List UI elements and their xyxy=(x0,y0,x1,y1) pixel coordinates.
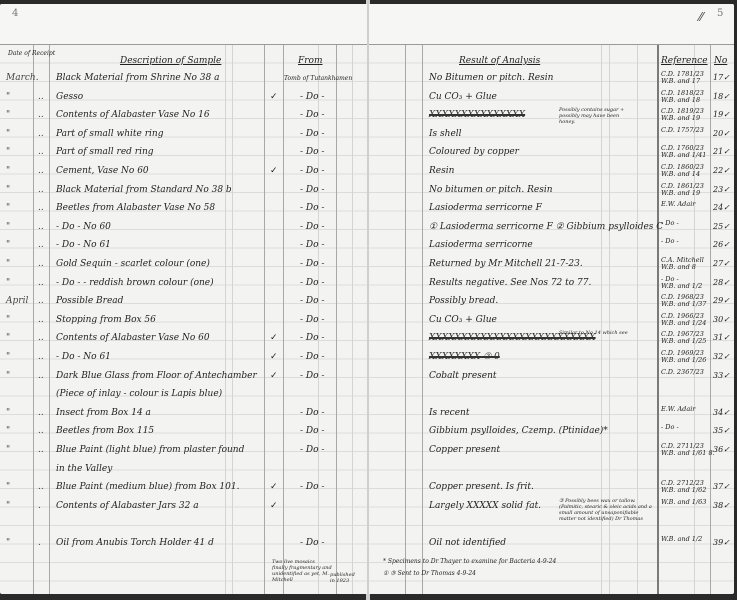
ledger-row: "..Beetles from Alabaster Vase No 58- Do… xyxy=(0,200,367,218)
ledger-row: No bitumen or pitch. ResinC.D. 1861/23W.… xyxy=(369,182,734,200)
result-cell: Is shell xyxy=(429,129,462,139)
description-cell: Contents of Alabaster Vase No 60 xyxy=(56,333,210,343)
header-from: From xyxy=(298,56,323,66)
check-icon: ✓ xyxy=(270,166,278,176)
day-cell: .. xyxy=(38,315,44,325)
date-cell: " xyxy=(6,482,10,492)
result-cell: XXXXXXXX ② 0 xyxy=(429,352,500,362)
from-cell: - Do - xyxy=(300,259,324,269)
description-cell: Cement, Vase No 60 xyxy=(56,166,149,176)
ledger-row: ".Contents of Alabaster Jars 32 a✓ xyxy=(0,498,367,516)
date-cell: " xyxy=(6,240,10,250)
ledger-row: in the Valley xyxy=(0,461,367,479)
day-cell: .. xyxy=(38,185,44,195)
result-cell: Results negative. See Nos 72 to 77. xyxy=(429,278,591,288)
from-cell: - Do - xyxy=(300,166,324,176)
ledger-row: XXXXXXXXXXXXXXXPossibly contains sugar +… xyxy=(369,107,734,125)
header-result: Result of Analysis xyxy=(459,56,540,66)
from-cell: - Do - xyxy=(300,203,324,213)
description-cell: - Do - No 61 xyxy=(56,240,111,250)
description-cell: - Do - No 61 xyxy=(56,352,111,362)
number-cell: 28✓ xyxy=(713,278,730,287)
number-cell: 24✓ xyxy=(713,203,730,212)
ledger-row: (Piece of inlay - colour is Lapis blue) xyxy=(0,386,367,404)
result-cell: Is recent xyxy=(429,408,469,418)
description-cell: Stopping from Box 56 xyxy=(56,315,156,325)
ledger-row: ResinC.D. 1860/23W.B. and 1422✓ xyxy=(369,163,734,181)
description-cell: Dark Blue Glass from Floor of Antechambe… xyxy=(56,371,257,381)
from-cell: - Do - xyxy=(300,185,324,195)
ledger-row: Oil not identifiedW.B. and 1/239✓ xyxy=(369,535,734,553)
number-cell: 18✓ xyxy=(713,92,730,101)
result-cell: Largely XXXXX solid fat. xyxy=(429,501,541,511)
ledger-row: "..Cement, Vase No 60✓- Do - xyxy=(0,163,367,181)
result-cell: No Bitumen or pitch. Resin xyxy=(429,73,553,83)
date-cell: " xyxy=(6,129,10,139)
ledger-row: Cu CO₃ + GlueC.D. 1818/23W.B. and 1818✓ xyxy=(369,89,734,107)
ledger-row xyxy=(369,386,734,404)
result-cell: ① Lasioderma serricorne F ② Gibbium psyl… xyxy=(429,222,663,232)
description-cell: - Do - - reddish brown colour (one) xyxy=(56,278,214,288)
reference-cell: C.D. 1781/23W.B. and 17 xyxy=(661,71,704,85)
reference-cell: C.D. 2367/23 xyxy=(661,369,704,376)
check-icon: ✓ xyxy=(270,352,278,362)
day-cell: .. xyxy=(38,426,44,436)
number-cell: 27✓ xyxy=(713,259,730,268)
date-cell: March. xyxy=(6,73,39,83)
ledger-row: Gibbium psylloides, Czemp. (Ptinidae)*- … xyxy=(369,423,734,441)
result-cell: Possibly bread. xyxy=(429,296,498,306)
reference-cell: E.W. Adair xyxy=(661,406,695,413)
header-reference: Reference xyxy=(661,56,708,66)
ledger-row xyxy=(0,516,367,534)
left-page: 4 Date of Receipt Description of Sample … xyxy=(0,4,367,594)
ledger-row: "..Blue Paint (medium blue) from Box 101… xyxy=(0,479,367,497)
date-cell: " xyxy=(6,92,10,102)
day-cell: .. xyxy=(38,240,44,250)
description-cell: Gold Sequin - scarlet colour (one) xyxy=(56,259,210,269)
ledger-row: XXXXXXXX ② 0C.D. 1969/23W.B. and 1/2632✓ xyxy=(369,349,734,367)
date-cell: " xyxy=(6,333,10,343)
description-cell: (Piece of inlay - colour is Lapis blue) xyxy=(56,389,222,399)
header-date-of-receipt: Date of Receipt xyxy=(8,50,55,57)
number-cell: 20✓ xyxy=(713,129,730,138)
margin-note: Two live mosaics finally fragmentary and… xyxy=(272,559,332,583)
number-cell: 29✓ xyxy=(713,296,730,305)
result-cell: Returned by Mr Mitchell 21-7-23. xyxy=(429,259,583,269)
reference-cell: C.D. 1966/23W.B. and 1/24 xyxy=(661,313,706,327)
result-cell: Lasioderma serricorne F xyxy=(429,203,542,213)
from-cell: - Do - xyxy=(300,296,324,306)
reference-cell: C.D. 1968/23W.B. and 1/37 xyxy=(661,294,706,308)
description-cell: Possible Bread xyxy=(56,296,123,306)
from-cell: - Do - xyxy=(300,426,324,436)
reference-cell: C.D. 1860/23W.B. and 14 xyxy=(661,164,704,178)
right-page: ⁄⁄ 5 Result of Analysis Reference No No … xyxy=(369,4,734,594)
number-cell: 19✓ xyxy=(713,110,730,119)
description-cell: - Do - No 60 xyxy=(56,222,111,232)
footnote-thomas: ① ③ Sent to Dr Thomas 4-9-24 xyxy=(383,570,476,577)
ledger-row: ① Lasioderma serricorne F ② Gibbium psyl… xyxy=(369,219,734,237)
ledger-row: "..Stopping from Box 56- Do - xyxy=(0,312,367,330)
day-cell: . xyxy=(38,501,41,511)
reference-cell: C.D. 2712/23W.B. and 1/62 xyxy=(661,480,706,494)
result-cell: XXXXXXXXXXXXXXX xyxy=(429,110,525,120)
reference-cell: - Do - xyxy=(661,238,679,245)
ledger-row xyxy=(369,461,734,479)
date-cell: " xyxy=(6,110,10,120)
result-cell: Copper present xyxy=(429,445,500,455)
date-cell: " xyxy=(6,147,10,157)
check-mark-icon: ⁄⁄ xyxy=(699,10,703,24)
day-cell: .. xyxy=(38,147,44,157)
check-icon: ✓ xyxy=(270,501,278,511)
day-cell: .. xyxy=(38,352,44,362)
top-margin xyxy=(0,4,367,45)
reference-cell: C.D. 2711/23W.B. and 1/61 8. xyxy=(661,443,715,457)
day-cell: .. xyxy=(38,278,44,288)
description-cell: Blue Paint (medium blue) from Box 101. xyxy=(56,482,239,492)
ledger-row: April..Possible Bread- Do - xyxy=(0,293,367,311)
from-cell: - Do - xyxy=(300,408,324,418)
day-cell: .. xyxy=(38,129,44,139)
reference-cell: C.A. MitchellW.B. and 8 xyxy=(661,257,704,271)
date-cell: " xyxy=(6,501,10,511)
day-cell: .. xyxy=(38,166,44,176)
reference-cell: C.D. 1967/23W.B. and 1/25 xyxy=(661,331,706,345)
from-cell: - Do - xyxy=(300,92,324,102)
ledger-row: Possibly bread.C.D. 1968/23W.B. and 1/37… xyxy=(369,293,734,311)
ledger-row: Lasioderma serricorne FE.W. Adair24✓ xyxy=(369,200,734,218)
annotation: Similar to No 14 which see xyxy=(559,330,629,336)
check-icon: ✓ xyxy=(270,371,278,381)
top-margin xyxy=(369,4,734,45)
page-number: 4 xyxy=(12,8,18,19)
ledger-row: Cobalt presentC.D. 2367/2333✓ xyxy=(369,368,734,386)
check-icon: ✓ xyxy=(270,482,278,492)
number-cell: 34✓ xyxy=(713,408,730,417)
number-cell: 17✓ xyxy=(713,73,730,82)
check-icon: ✓ xyxy=(270,333,278,343)
from-cell: - Do - xyxy=(300,352,324,362)
number-cell: 21✓ xyxy=(713,147,730,156)
header-description: Description of Sample xyxy=(120,56,221,66)
day-cell: .. xyxy=(38,408,44,418)
ledger-row: March.Black Material from Shrine No 38 a… xyxy=(0,70,367,88)
from-cell: - Do - xyxy=(300,371,324,381)
number-cell: 25✓ xyxy=(713,222,730,231)
reference-cell: C.D. 1760/23W.B. and 1/41 xyxy=(661,145,706,159)
ledger-row: "..Part of small red ring- Do - xyxy=(0,144,367,162)
from-cell: - Do - xyxy=(300,110,324,120)
date-cell: " xyxy=(6,222,10,232)
number-cell: 39✓ xyxy=(713,538,730,547)
reference-cell: C.D. 1818/23W.B. and 18 xyxy=(661,90,704,104)
page-number: 5 xyxy=(717,8,723,19)
ledger-row: Copper present. Is frit.C.D. 2712/23W.B.… xyxy=(369,479,734,497)
number-cell: 32✓ xyxy=(713,352,730,361)
reference-cell: - Do - xyxy=(661,220,679,227)
number-cell: 26✓ xyxy=(713,240,730,249)
date-cell: " xyxy=(6,371,10,381)
number-cell: 22✓ xyxy=(713,166,730,175)
from-cell: - Do - xyxy=(300,129,324,139)
header-no: No xyxy=(714,56,727,66)
number-cell: 33✓ xyxy=(713,371,730,380)
ledger-row: Is shellC.D. 1757/2320✓ xyxy=(369,126,734,144)
date-cell: " xyxy=(6,538,10,548)
day-cell: .. xyxy=(38,482,44,492)
description-cell: Oil from Anubis Torch Holder 41 d xyxy=(56,538,214,548)
day-cell: .. xyxy=(38,371,44,381)
number-cell: 30✓ xyxy=(713,315,730,324)
description-cell: in the Valley xyxy=(56,464,112,474)
footnote-bacteria: * Specimens to Dr Thayer to examine for … xyxy=(383,558,556,565)
from-cell: - Do - xyxy=(300,482,324,492)
from-cell: - Do - xyxy=(300,538,324,548)
date-cell: " xyxy=(6,203,10,213)
day-cell: .. xyxy=(38,445,44,455)
result-cell: Cu CO₃ + Glue xyxy=(429,92,497,102)
ledger-row: "..Beetles from Box 115- Do - xyxy=(0,423,367,441)
description-cell: Contents of Alabaster Jars 32 a xyxy=(56,501,199,511)
description-cell: Gesso xyxy=(56,92,83,102)
ledger-row: Results negative. See Nos 72 to 77.- Do … xyxy=(369,275,734,293)
ledger-row: XXXXXXXXXXXXXXXXXXXXXXXXXXSimilar to No … xyxy=(369,330,734,348)
ledger-row: "..- Do - No 61- Do - xyxy=(0,237,367,255)
reference-cell: C.D. 1819/23W.B. and 19 xyxy=(661,108,704,122)
reference-cell: C.D. 1969/23W.B. and 1/26 xyxy=(661,350,706,364)
day-cell: . xyxy=(38,538,41,548)
reference-cell: C.D. 1861/23W.B. and 19 xyxy=(661,183,704,197)
day-cell: .. xyxy=(38,333,44,343)
result-cell: Oil not identified xyxy=(429,538,506,548)
from-cell: - Do - xyxy=(300,240,324,250)
from-cell: - Do - xyxy=(300,147,324,157)
from-cell: - Do - xyxy=(300,315,324,325)
number-cell: 37✓ xyxy=(713,482,730,491)
ledger-row: Is recentE.W. Adair34✓ xyxy=(369,405,734,423)
date-cell: " xyxy=(6,166,10,176)
reference-cell: - Do - xyxy=(661,424,679,431)
reference-cell: W.B. and 1/63 xyxy=(661,499,706,506)
date-cell: " xyxy=(6,278,10,288)
check-icon: ✓ xyxy=(270,92,278,102)
result-cell: Gibbium psylloides, Czemp. (Ptinidae)* xyxy=(429,426,608,436)
result-cell: Copper present. Is frit. xyxy=(429,482,534,492)
result-cell: No bitumen or pitch. Resin xyxy=(429,185,553,195)
number-cell: 23✓ xyxy=(713,185,730,194)
result-cell: Coloured by copper xyxy=(429,147,519,157)
result-cell: Cobalt present xyxy=(429,371,497,381)
number-cell: 38✓ xyxy=(713,501,730,510)
number-cell: 36✓ xyxy=(713,445,730,454)
day-cell: .. xyxy=(38,296,44,306)
date-cell: " xyxy=(6,408,10,418)
day-cell: .. xyxy=(38,222,44,232)
day-cell: .. xyxy=(38,110,44,120)
ledger-row: ".Oil from Anubis Torch Holder 41 d- Do … xyxy=(0,535,367,553)
reference-cell: E.W. Adair xyxy=(661,201,695,208)
result-cell: Resin xyxy=(429,166,454,176)
ledger-row: "..Black Material from Standard No 38 b-… xyxy=(0,182,367,200)
number-cell: 31✓ xyxy=(713,333,730,342)
ledger-row: No Bitumen or pitch. ResinC.D. 1781/23W.… xyxy=(369,70,734,88)
description-cell: Blue Paint (light blue) from plaster fou… xyxy=(56,445,244,455)
ledger-row: "..Contents of Alabaster Vase No 16- Do … xyxy=(0,107,367,125)
ledger-row: Copper presentC.D. 2711/23W.B. and 1/61 … xyxy=(369,442,734,460)
reference-cell: W.B. and 1/2 xyxy=(661,536,702,543)
ledger-row: Returned by Mr Mitchell 21-7-23.C.A. Mit… xyxy=(369,256,734,274)
from-cell: - Do - xyxy=(300,222,324,232)
ledger-row: "..- Do - No 60- Do - xyxy=(0,219,367,237)
ledger-row: "..- Do - - reddish brown colour (one)- … xyxy=(0,275,367,293)
description-cell: Contents of Alabaster Vase No 16 xyxy=(56,110,210,120)
ledger-row: "..Dark Blue Glass from Floor of Antecha… xyxy=(0,368,367,386)
date-cell: " xyxy=(6,445,10,455)
description-cell: Beetles from Box 115 xyxy=(56,426,154,436)
margin-note-published: published in 1923 xyxy=(330,572,360,584)
date-cell: " xyxy=(6,259,10,269)
ledger-row xyxy=(369,516,734,534)
ledger-row: "..- Do - No 61✓- Do - xyxy=(0,349,367,367)
description-cell: Black Material from Shrine No 38 a xyxy=(56,73,219,83)
day-cell: .. xyxy=(38,259,44,269)
description-cell: Black Material from Standard No 38 b xyxy=(56,185,232,195)
date-cell: " xyxy=(6,352,10,362)
ledger-row: "..Gesso✓- Do - xyxy=(0,89,367,107)
date-cell: " xyxy=(6,185,10,195)
result-cell: Cu CO₃ + Glue xyxy=(429,315,497,325)
ledger-row: Coloured by copperC.D. 1760/23W.B. and 1… xyxy=(369,144,734,162)
description-cell: Insect from Box 14 a xyxy=(56,408,151,418)
from-cell: Tomb of Tutankhamen xyxy=(284,75,352,82)
ledger-row: "..Gold Sequin - scarlet colour (one)- D… xyxy=(0,256,367,274)
reference-cell: C.D. 1757/23 xyxy=(661,127,704,134)
ledger-row: "..Blue Paint (light blue) from plaster … xyxy=(0,442,367,460)
ledger-row: Lasioderma serricorne- Do -26✓ xyxy=(369,237,734,255)
day-cell: .. xyxy=(38,203,44,213)
day-cell: .. xyxy=(38,92,44,102)
description-cell: Part of small white ring xyxy=(56,129,163,139)
date-cell: " xyxy=(6,315,10,325)
description-cell: Part of small red ring xyxy=(56,147,154,157)
ledger-row: Cu CO₃ + GlueC.D. 1966/23W.B. and 1/2430… xyxy=(369,312,734,330)
from-cell: - Do - xyxy=(300,445,324,455)
date-cell: " xyxy=(6,426,10,436)
description-cell: Beetles from Alabaster Vase No 58 xyxy=(56,203,215,213)
ledger-row: Largely XXXXX solid fat.③ Possibly bees … xyxy=(369,498,734,516)
number-cell: 35✓ xyxy=(713,426,730,435)
result-cell: Lasioderma serricorne xyxy=(429,240,533,250)
annotation: Possibly contains sugar + possibly may h… xyxy=(559,107,629,125)
ledger-row: "..Insect from Box 14 a- Do - xyxy=(0,405,367,423)
ledger-row: "..Contents of Alabaster Vase No 60✓- Do… xyxy=(0,330,367,348)
date-cell: April xyxy=(6,296,28,306)
ledger-row: "..Part of small white ring- Do - xyxy=(0,126,367,144)
from-cell: - Do - xyxy=(300,278,324,288)
reference-cell: - Do -W.B. and 1/2 xyxy=(661,276,702,290)
from-cell: - Do - xyxy=(300,333,324,343)
